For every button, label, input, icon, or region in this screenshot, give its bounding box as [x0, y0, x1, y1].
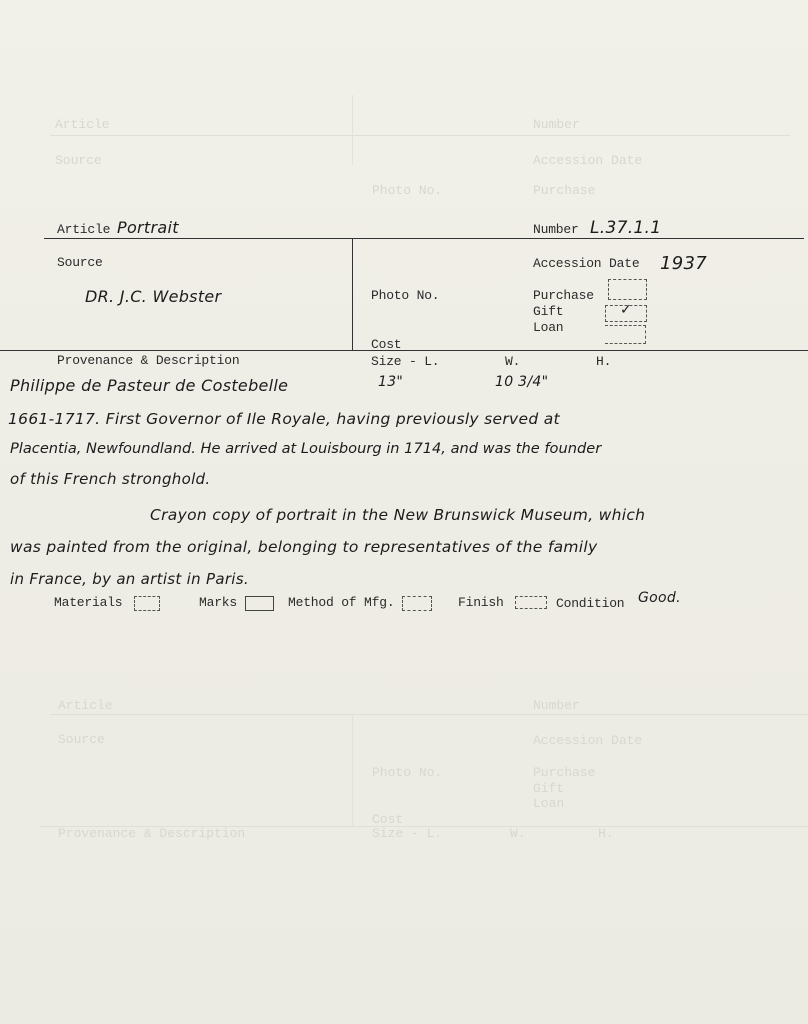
marks-checkbox[interactable]	[245, 596, 274, 611]
ghost-photo-2: Photo No.	[372, 765, 442, 780]
ghost-h-2: H.	[598, 826, 614, 841]
source-value: DR. J.C. Webster	[85, 287, 221, 306]
materials-label: Materials	[54, 595, 122, 610]
ghost-line	[50, 135, 790, 136]
condition-value: Good.	[638, 590, 681, 606]
purchase-checkbox[interactable]	[608, 279, 647, 300]
gift-label: Gift	[533, 304, 563, 319]
ghost-photo: Photo No.	[372, 183, 442, 198]
ghost-divider	[352, 95, 353, 165]
materials-checkbox[interactable]	[134, 596, 160, 611]
accession-date-label: Accession Date	[533, 256, 639, 271]
method-of-mfg-label: Method of Mfg.	[288, 595, 394, 610]
loan-checkbox[interactable]	[605, 325, 646, 344]
description-line-6: in France, by an artist in Paris.	[10, 570, 249, 588]
check-mark-icon: ✓	[620, 302, 632, 318]
article-rule	[44, 238, 804, 239]
ghost-cost-2: Cost	[372, 812, 403, 827]
ghost-purchase: Purchase	[533, 183, 595, 198]
marks-label: Marks	[199, 595, 237, 610]
gift-checkbox[interactable]: ✓	[605, 305, 647, 322]
column-divider	[352, 239, 353, 351]
width-label: W.	[505, 354, 520, 369]
description-line-5: was painted from the original, belonging…	[10, 538, 597, 556]
ghost-accession: Accession Date	[533, 153, 642, 168]
size-length-value: 13"	[378, 374, 403, 390]
finish-checkbox[interactable]	[515, 596, 547, 609]
ghost-purchase-2: Purchase	[533, 765, 595, 780]
description-line-4: Crayon copy of portrait in the New Bruns…	[150, 506, 645, 524]
description-line-3: of this French stronghold.	[10, 470, 210, 488]
ghost-number-2: Number	[533, 698, 580, 713]
ghost-provenance-2: Provenance & Description	[58, 826, 245, 841]
ghost-size-2: Size - L.	[372, 826, 442, 841]
number-label: Number	[533, 222, 579, 237]
description-line-1: 1661-1717. First Governor of Ile Royale,…	[8, 410, 560, 428]
ghost-w-2: W.	[510, 826, 526, 841]
ghost-line-2	[50, 714, 808, 715]
number-value: L.37.1.1	[590, 218, 661, 238]
photo-no-label: Photo No.	[371, 288, 439, 303]
source-label: Source	[57, 255, 103, 270]
size-label: Size - L.	[371, 354, 439, 369]
article-label: Article	[57, 222, 110, 237]
finish-label: Finish	[458, 595, 504, 610]
ghost-source-2: Source	[58, 732, 105, 747]
article-value: Portrait	[117, 218, 179, 237]
ghost-accession-2: Accession Date	[533, 733, 642, 748]
ghost-divider-2	[352, 714, 353, 826]
provenance-label: Provenance & Description	[57, 353, 239, 368]
method-checkbox[interactable]	[402, 596, 432, 611]
purchase-label: Purchase	[533, 288, 594, 303]
height-label: H.	[596, 354, 611, 369]
ghost-source: Source	[55, 153, 102, 168]
ghost-number: Number	[533, 117, 580, 132]
ghost-article-2: Article	[58, 698, 113, 713]
description-title: Philippe de Pasteur de Costebelle	[10, 376, 288, 395]
description-line-2: Placentia, Newfoundland. He arrived at L…	[10, 440, 601, 457]
ghost-article: Article	[55, 117, 110, 132]
condition-label: Condition	[556, 596, 624, 611]
accession-date-value: 1937	[660, 253, 707, 274]
ghost-loan-2: Loan	[533, 796, 564, 811]
cost-rule	[0, 350, 808, 351]
ghost-gift-2: Gift	[533, 781, 564, 796]
size-width-value: 10 3/4"	[495, 374, 548, 390]
loan-label: Loan	[533, 320, 563, 335]
